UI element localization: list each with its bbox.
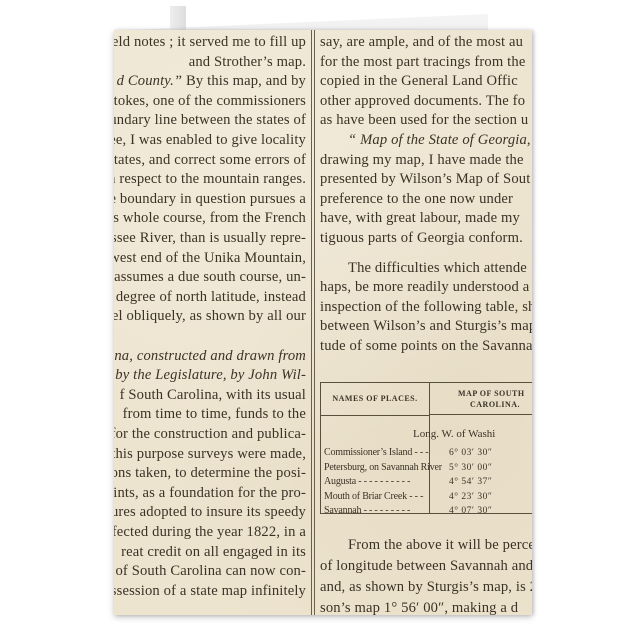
text-line: ed by the Legislature, by John Wil- [114,365,306,385]
text-line: drawing my map, I have made the [320,150,524,170]
text-line: tions taken, to determine the posi- [114,463,306,483]
text-line: tude of some points on the Savanna [320,336,532,356]
text-line: for the most part tracings from the [320,52,525,72]
text-line: as have been used for the section u [320,110,528,130]
text-line: se states, and correct some errors of [114,150,306,170]
text-line: other approved documents. The fo [320,91,525,111]
text-line: tiguous parts of Georgia conform. [320,228,523,248]
text-line: The difficulties which attende [348,258,527,278]
header-line: CAROLINA. [458,399,532,410]
longitude-table: NAMES OF PLACES. MAP OF SOUTH CAROLINA. … [320,382,532,514]
column-divider [314,30,315,615]
text-line: from time to time, funds to the [123,404,306,424]
text-line: reat credit on all engaged in its [121,542,306,562]
text-line: and, as shown by Sturgis’s map, is 2 [320,577,532,597]
text-line: fected during the year 1822, in a [114,522,306,542]
header-line: MAP OF SOUTH [458,388,532,399]
text-line: -west end of the Unika Mountain, [114,248,306,268]
text-line: “ Map of the State of Georgia, [348,130,531,150]
text-line: the boundary in question pursues a [114,189,306,209]
left-column: field notes ; it served me to fill upand… [114,30,306,615]
text-line: between Wilson’s and Sturgis’s map [320,316,532,336]
longitude-value: 4° 07′ 30″ [449,503,492,519]
text-line: f South Carolina, with its usual [120,385,306,405]
table-header-map: MAP OF SOUTH CAROLINA. [430,383,532,415]
text-line: r this purpose surveys were made, [114,444,306,464]
text-line: ssee River, than is usually repre- [114,228,306,248]
text-line: llel obliquely, as shown by all our [114,306,306,326]
text-line: , for the construction and publica- [114,424,306,444]
place-name: Savannah - - - - - - - - - [324,503,410,519]
text-line: preference to the one now under [320,189,513,209]
table-row: Savannah - - - - - - - - -4° 07′ 30″ [321,503,532,519]
text-line: and Strother’s map. [189,52,306,72]
document-page: field notes ; it served me to fill upand… [114,30,532,615]
column-divider [311,30,312,615]
text-line: with respect to the mountain ranges. [114,169,306,189]
text-line: asures adopted to insure its speedy [114,502,306,522]
text-line: say, are ample, and of the most au [320,32,523,52]
right-column: say, are ample, and of the most aufor th… [320,30,532,615]
text-line: inspection of the following table, sh [320,297,532,317]
text-line: have, with great labour, made my [320,208,520,228]
text-line: field notes ; it served me to fill up [114,32,306,52]
text-line: ns of South Carolina can now con- [114,561,306,581]
table-header-names: NAMES OF PLACES. [321,383,430,416]
text-line: d County.” By this map, and by [117,71,306,91]
text-line: boundary line between the states of [114,110,306,130]
text-line: presented by Wilson’s Map of Sout [320,169,530,189]
text-line: arolina, constructed and drawn from [114,346,306,366]
table-subheader: Long. W. of Washi [413,428,495,440]
text-line: of longitude between Savannah and [320,556,532,576]
text-line: . Stokes, one of the commissioners [114,91,306,111]
text-line: points, as a foundation for the pro- [114,483,306,503]
text-line: copied in the General Land Offic [320,71,518,91]
text-line: th degree of north latitude, instead [114,287,306,307]
text-line: n its whole course, from the French [114,208,306,228]
text-line: ne assumes a due south course, un- [114,267,306,287]
text-line: e possession of a state map infinitely [114,581,306,601]
text-line: nessee, I was enabled to give locality [114,130,306,150]
text-line: haps, be more readily understood a [320,277,529,297]
text-line: son’s map 1° 56′ 00″, making a d [320,598,518,615]
text-line: From the above it will be perce [348,535,532,555]
